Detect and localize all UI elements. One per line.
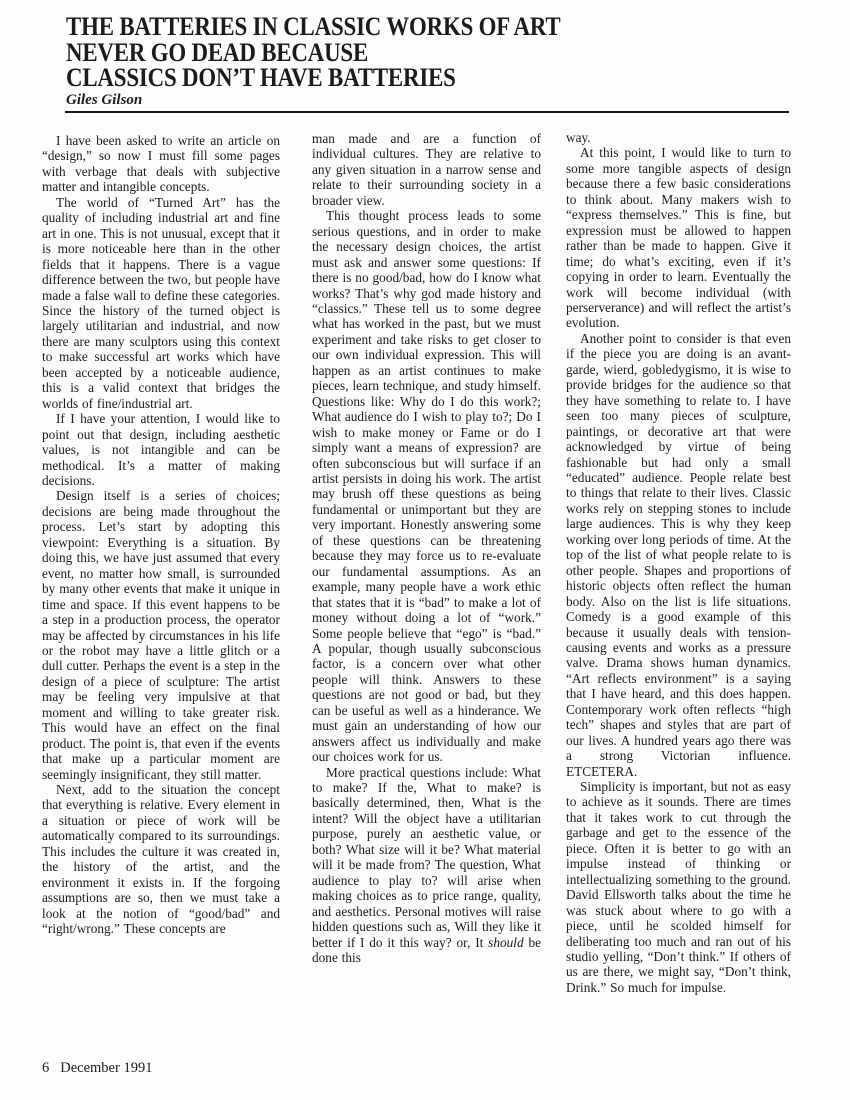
paragraph: Design itself is a series of choices; de… bbox=[42, 488, 280, 782]
paragraph: Next, add to the situation the concept t… bbox=[42, 782, 280, 937]
article-title: THE BATTERIES IN CLASSIC WORKS OF ART NE… bbox=[66, 14, 705, 91]
paragraph: I have been asked to write an article on… bbox=[42, 133, 280, 195]
column-3: way. At this point, I would like to turn… bbox=[566, 130, 791, 995]
column-1: I have been asked to write an article on… bbox=[42, 133, 280, 937]
paragraph: Simplicity is important, but not as easy… bbox=[566, 779, 791, 995]
paragraph-text-run: More practical questions include: What t… bbox=[312, 765, 541, 950]
paragraph: More practical questions include: What t… bbox=[312, 765, 541, 966]
page-footer: 6December 1991 bbox=[42, 1060, 152, 1076]
title-line-3: CLASSICS DON’T HAVE BATTERIES bbox=[66, 65, 705, 91]
paragraph-continuation: way. bbox=[566, 130, 791, 145]
byline: Giles Gilson bbox=[66, 92, 792, 108]
paragraph-continuation: man made and are a function of individua… bbox=[312, 131, 541, 208]
article-header: THE BATTERIES IN CLASSIC WORKS OF ART NE… bbox=[66, 14, 792, 113]
magazine-page: THE BATTERIES IN CLASSIC WORKS OF ART NE… bbox=[0, 0, 850, 1100]
title-line-1: THE BATTERIES IN CLASSIC WORKS OF ART bbox=[66, 14, 705, 40]
paragraph: The world of “Turned Art” has the qualit… bbox=[42, 195, 280, 411]
paragraph: At this point, I would like to turn to s… bbox=[566, 145, 791, 330]
italic-word: should bbox=[488, 935, 523, 950]
issue-date: December 1991 bbox=[60, 1060, 152, 1076]
paragraph: Another point to consider is that even i… bbox=[566, 331, 791, 779]
title-line-2: NEVER GO DEAD BECAUSE bbox=[66, 40, 705, 66]
column-2: man made and are a function of individua… bbox=[312, 131, 541, 965]
paragraph: If I have your attention, I would like t… bbox=[42, 411, 280, 488]
paragraph: This thought process leads to some serio… bbox=[312, 208, 541, 764]
page-number: 6 bbox=[42, 1060, 49, 1076]
header-rule bbox=[65, 111, 789, 113]
